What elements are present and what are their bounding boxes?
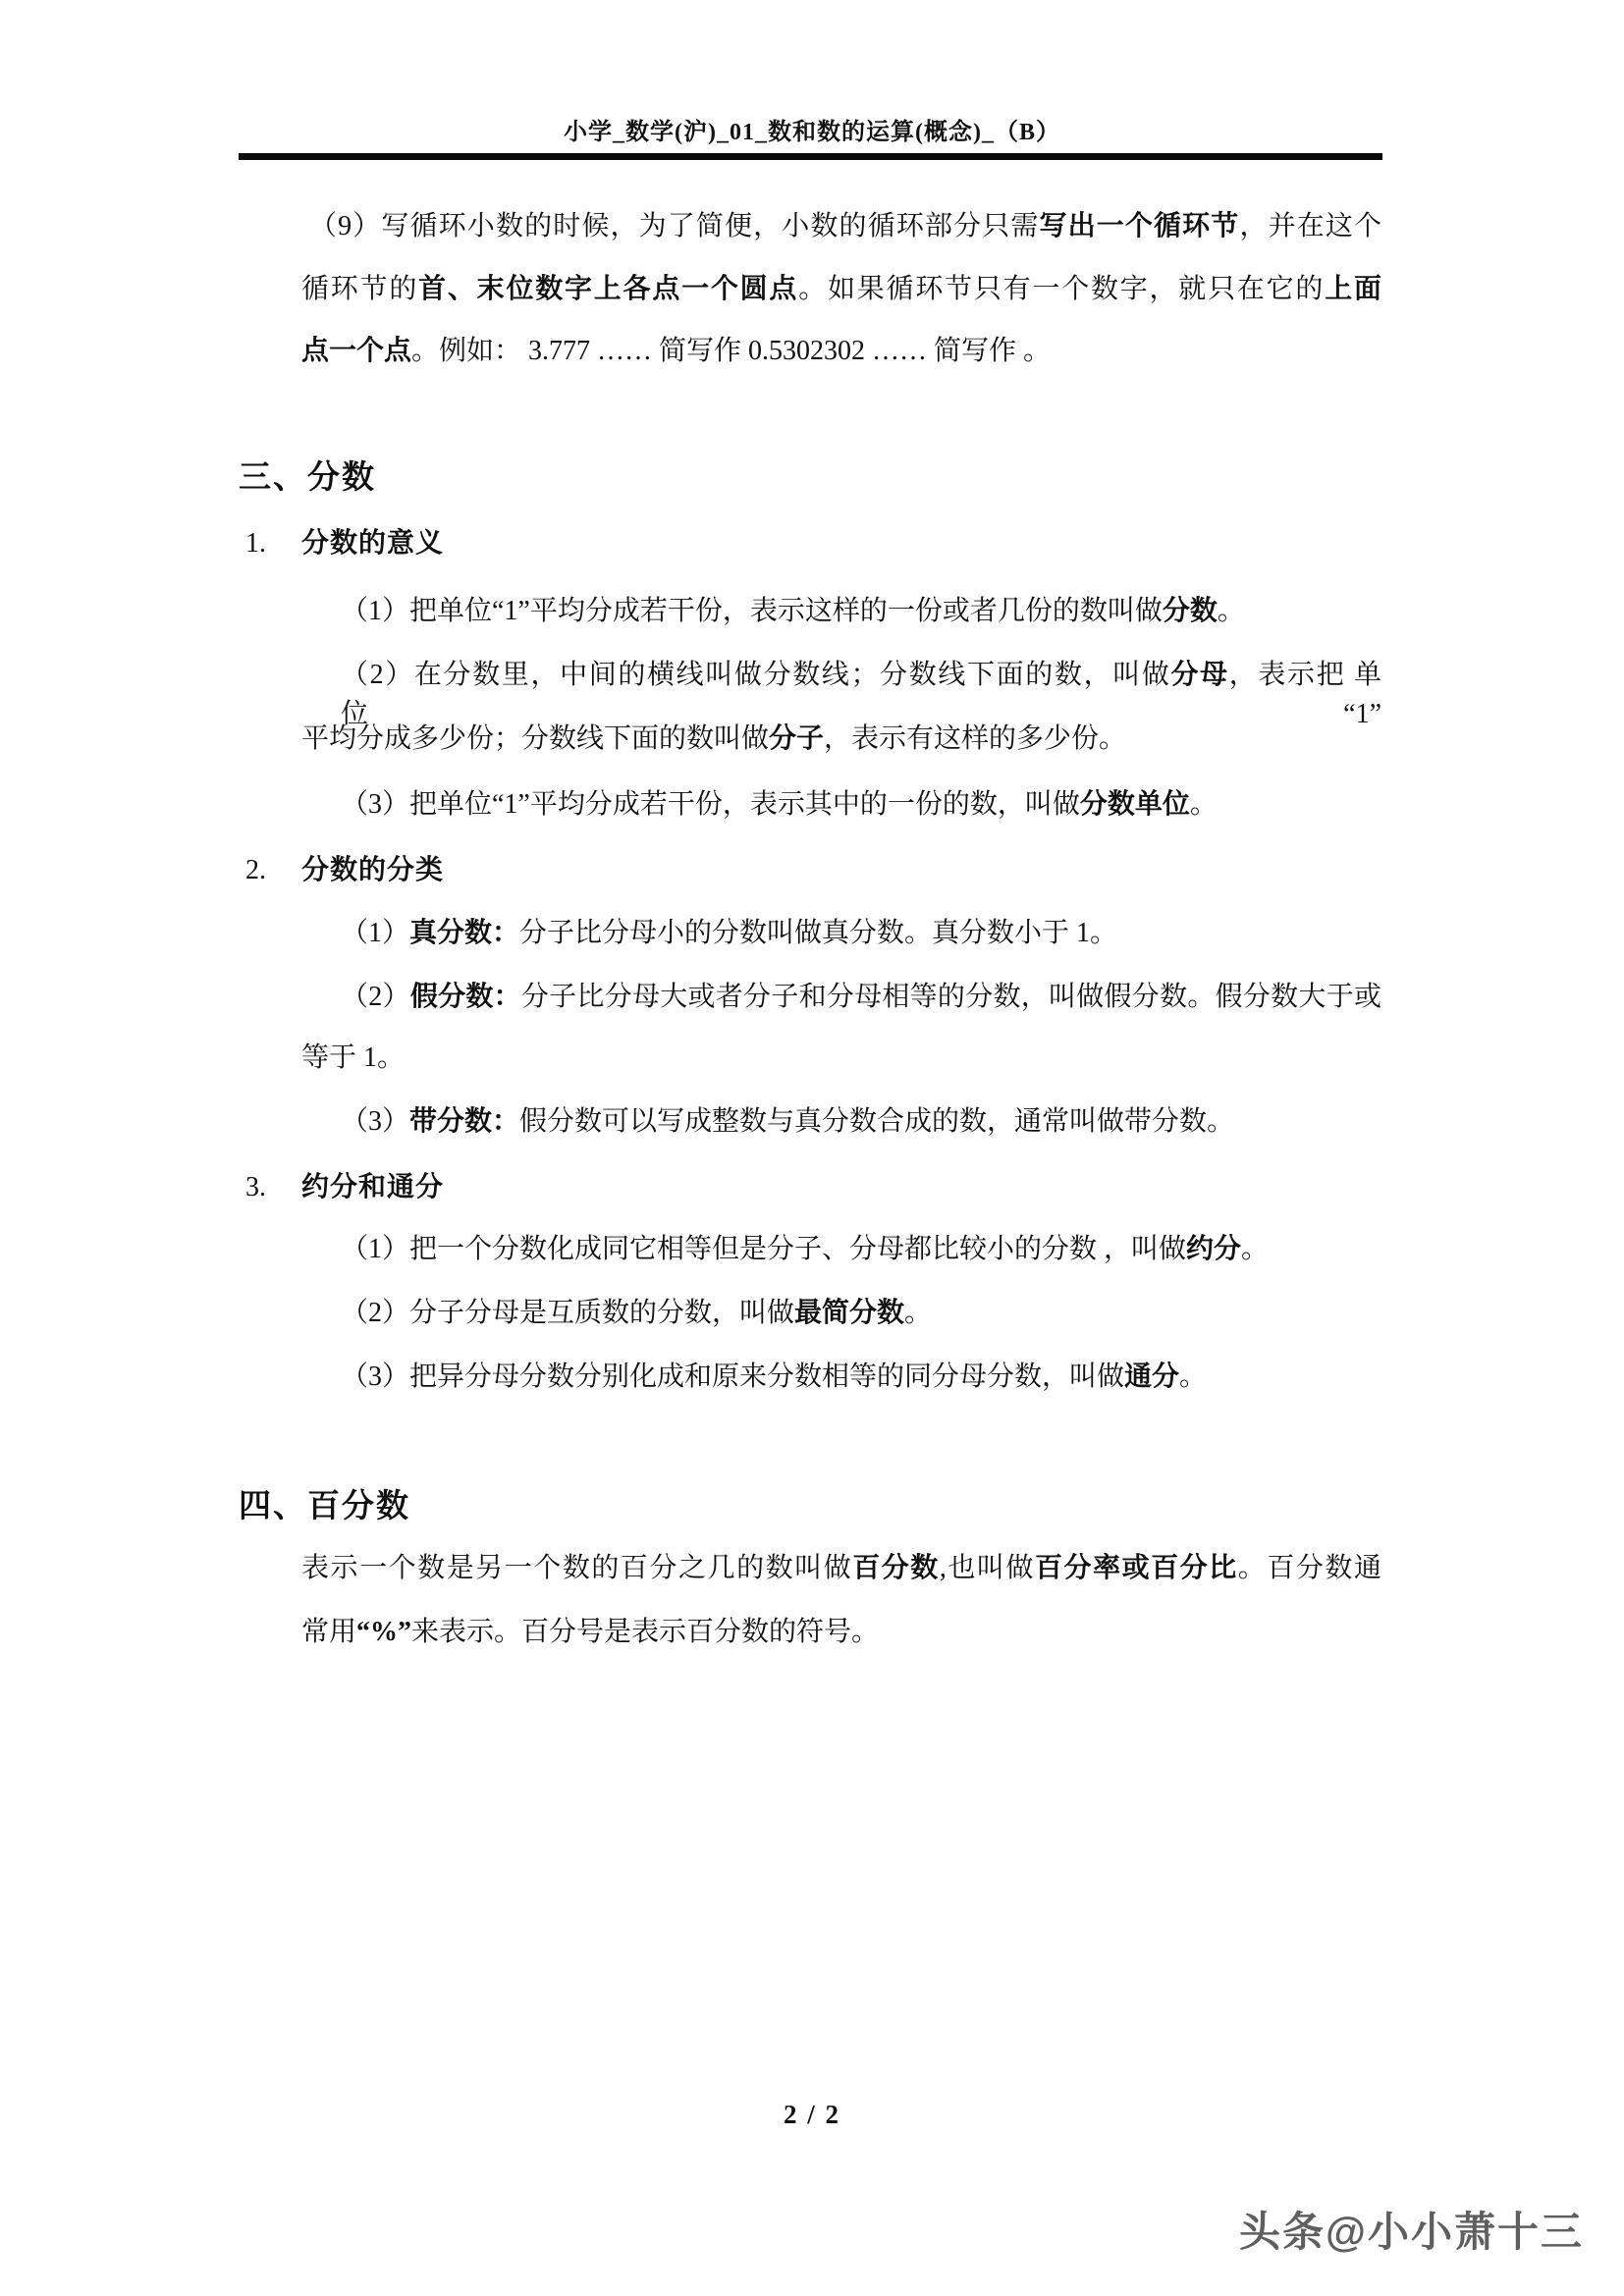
section-heading: 三、分数 xyxy=(239,455,376,499)
text-run: 。 xyxy=(904,1298,932,1328)
bold-run: 点一个点 xyxy=(301,336,411,366)
text-run: （1） xyxy=(341,918,409,948)
text-line: （3）把异分母分数分别化成和原来分数相等的同分母分数，叫做通分。 xyxy=(301,1358,1381,1397)
text-line: 表示一个数是另一个数的百分之几的数叫做百分数,也叫做百分率或百分比。百分数通 xyxy=(301,1549,1381,1588)
bold-run: 分数 xyxy=(1163,596,1218,626)
list-number: 2. xyxy=(245,851,301,890)
bold-run: 真分数： xyxy=(409,918,519,948)
bold-run: 约分 xyxy=(1186,1234,1241,1264)
numbered-heading: 3.约分和通分 xyxy=(245,1167,1381,1207)
text-line: （1）把一个分数化成同它相等但是分子、分母都比较小的分数 ，叫做约分。 xyxy=(301,1230,1381,1269)
watermark: 头条@小小萧十三 xyxy=(1239,2209,1584,2256)
bold-run: 最简分数 xyxy=(794,1298,904,1328)
bold-run: 首、末位数字上各点一个圆点 xyxy=(418,274,798,304)
text-line: 循环节的首、末位数字上各点一个圆点。如果循环节只有一个数字，就只在它的上面 xyxy=(301,270,1381,309)
text-run: （3） xyxy=(341,1106,409,1137)
text-line: 点一个点。例如： 3.777 …… 简写作 0.5302302 …… 简写作 。 xyxy=(301,332,1381,371)
text-run: 。如果循环节只有一个数字，就只在它的 xyxy=(798,274,1325,304)
text-run: （1）把一个分数化成同它相等但是分子、分母都比较小的分数 ，叫做 xyxy=(341,1234,1186,1264)
numbered-heading: 1.分数的意义 xyxy=(245,523,1381,563)
text-run: 分子比分母小的分数叫做真分数。真分数小于 1。 xyxy=(519,918,1117,948)
bold-run: 分子 xyxy=(769,723,824,754)
text-run: 分子比分母大或者分子和分母相等的分数，叫做假分数。假分数大于或 xyxy=(521,982,1381,1012)
text-run: 假分数可以写成整数与真分数合成的数，通常叫做带分数。 xyxy=(519,1106,1234,1137)
section-heading: 四、百分数 xyxy=(239,1484,410,1527)
bold-run: 分数的意义 xyxy=(301,527,444,558)
text-run: 。 xyxy=(1179,1362,1207,1392)
text-run: 。百分数通 xyxy=(1238,1553,1381,1583)
text-line: （1）把单位“1”平均分成若干份，表示这样的一份或者几份的数叫做分数。 xyxy=(301,592,1381,631)
page-number: 2 / 2 xyxy=(0,2097,1624,2132)
text-run: （3）把单位“1”平均分成若干份，表示其中的一份的数，叫做 xyxy=(341,789,1080,820)
text-line: 常用“%”来表示。百分号是表示百分数的符号。 xyxy=(301,1613,1381,1652)
bold-run: 通分 xyxy=(1124,1362,1179,1392)
text-run: 。例如： 3.777 …… 简写作 0.5302302 …… 简写作 。 xyxy=(411,336,1051,366)
document-title: 小学_数学(沪)_01_数和数的运算(概念)_（B） xyxy=(0,118,1624,147)
text-line: 等于 1。 xyxy=(301,1039,1381,1078)
text-run: 。 xyxy=(1241,1234,1269,1264)
text-line: 平均分成多少份；分数线下面的数叫做分子，表示有这样的多少份。 xyxy=(301,720,1381,759)
bold-run: 分数单位 xyxy=(1080,789,1190,820)
text-line: （1）真分数：分子比分母小的分数叫做真分数。真分数小于 1。 xyxy=(301,914,1381,953)
bold-run: 分数的分类 xyxy=(301,854,444,884)
text-line: （3）把单位“1”平均分成若干份，表示其中的一份的数，叫做分数单位。 xyxy=(301,785,1381,825)
text-run: （2）分子分母是互质数的分数，叫做 xyxy=(341,1298,794,1328)
document-page: 小学_数学(沪)_01_数和数的运算(概念)_（B） （9）写循环小数的时候，为… xyxy=(0,0,1624,2296)
list-number: 1. xyxy=(245,524,301,563)
bold-run: “%” xyxy=(356,1617,411,1647)
bold-run: 四、百分数 xyxy=(239,1487,410,1523)
text-line: （9）写循环小数的时候，为了简便，小数的循环部分只需写出一个循环节，并在这个 xyxy=(301,207,1381,246)
bold-run: 带分数： xyxy=(409,1106,519,1137)
numbered-heading: 2.分数的分类 xyxy=(245,850,1381,890)
text-run: ，表示有这样的多少份。 xyxy=(824,723,1126,754)
text-run: 。 xyxy=(1190,789,1218,820)
bold-run: 上面 xyxy=(1325,274,1381,304)
text-run: （2）在分数里，中间的横线叫做分数线；分数线下面的数，叫做 xyxy=(341,660,1171,690)
text-run: 循环节的 xyxy=(301,274,418,304)
text-run: ,也叫做 xyxy=(940,1553,1035,1583)
text-run: 。 xyxy=(1218,596,1245,626)
text-line: （2）分子分母是互质数的分数，叫做最简分数。 xyxy=(301,1294,1381,1333)
text-run: 常用 xyxy=(301,1617,356,1647)
list-number: 3. xyxy=(245,1168,301,1207)
text-run: （2） xyxy=(341,982,410,1012)
text-run: 表示一个数是另一个数的百分之几的数叫做 xyxy=(301,1553,852,1583)
bold-run: 写出一个循环节 xyxy=(1039,211,1239,241)
text-run: （3）把异分母分数分别化成和原来分数相等的同分母分数，叫做 xyxy=(341,1362,1124,1392)
text-line: （3）带分数：假分数可以写成整数与真分数合成的数，通常叫做带分数。 xyxy=(301,1102,1381,1142)
text-run: （9）写循环小数的时候，为了简便，小数的循环部分只需 xyxy=(309,211,1039,241)
text-run: 等于 1。 xyxy=(301,1042,405,1073)
text-run: ，并在这个 xyxy=(1239,211,1381,241)
text-line: （2）假分数：分子比分母大或者分子和分母相等的分数，叫做假分数。假分数大于或 xyxy=(301,978,1381,1017)
bold-run: 百分率或百分比 xyxy=(1035,1553,1238,1583)
bold-run: 百分数 xyxy=(852,1553,940,1583)
header-rule xyxy=(239,153,1382,160)
bold-run: 三、分数 xyxy=(239,458,376,495)
text-run: 平均分成多少份；分数线下面的数叫做 xyxy=(301,723,769,754)
bold-run: 分母 xyxy=(1171,660,1229,690)
text-run: 来表示。百分号是表示百分数的符号。 xyxy=(411,1617,879,1647)
bold-run: 假分数： xyxy=(410,982,521,1012)
text-run: （1）把单位“1”平均分成若干份，表示这样的一份或者几份的数叫做 xyxy=(341,596,1163,626)
bold-run: 约分和通分 xyxy=(301,1171,444,1201)
